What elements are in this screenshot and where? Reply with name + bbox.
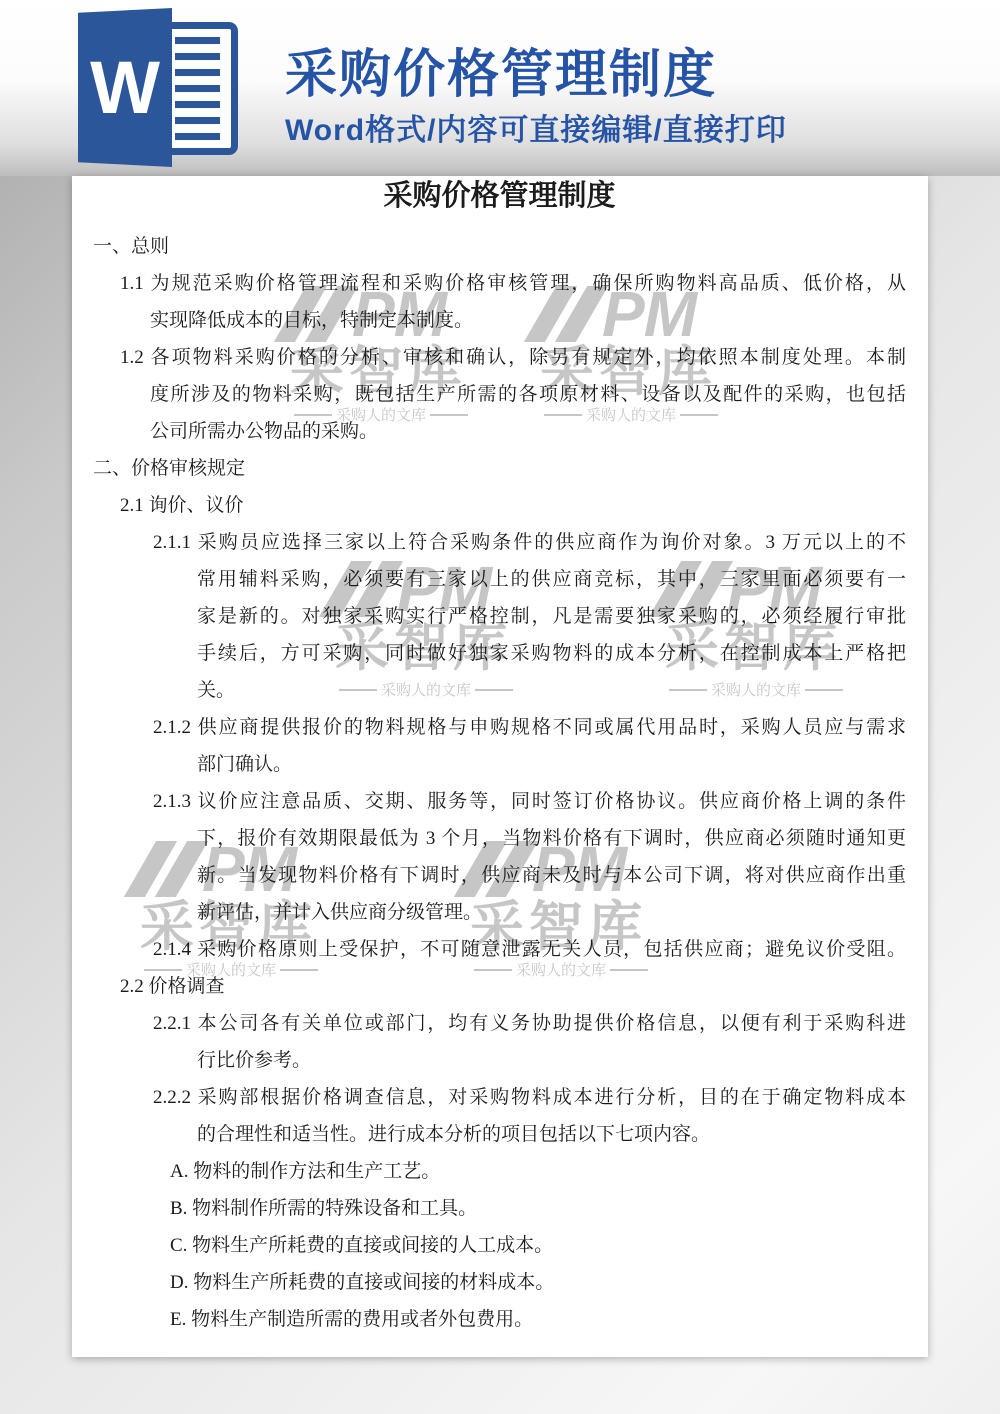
doc-line: 2.2.1 本公司各有关单位或部门，均有义务协助提供价格信息，以便有利于采购科进 (93, 1005, 906, 1042)
doc-line: 手续后，方可采购，同时做好独家采购物料的成本分析，在控制成本上严格把 (93, 635, 906, 672)
doc-line: D. 物料生产所耗费的直接或间接的材料成本。 (93, 1264, 906, 1301)
doc-line: 1.1 为规范采购价格管理流程和采购价格审核管理，确保所购物料高品质、低价格，从 (93, 265, 906, 302)
doc-line: 下，报价有效期限最低为 3 个月，当物料价格有下调时，供应商必须随时通知更 (93, 820, 906, 857)
doc-line: A. 物料的制作方法和生产工艺。 (93, 1153, 906, 1190)
doc-line: E. 物料生产制造所需的费用或者外包费用。 (93, 1301, 906, 1338)
doc-line: 新。当发现物料价格有下调时，供应商未及时与本公司下调，将对供应商作出重 (93, 857, 906, 894)
doc-line: 一、总则 (93, 228, 906, 265)
doc-line: 部门确认。 (93, 746, 906, 783)
doc-line: 新评估，并计入供应商分级管理。 (93, 894, 906, 931)
template-subtitle: Word格式/内容可直接编辑/直接打印 (285, 112, 787, 150)
template-preview: W 采购价格管理制度 Word格式/内容可直接编辑/直接打印 PM 采智库 采购… (0, 0, 1000, 1414)
doc-line: 2.2 价格调查 (93, 968, 906, 1005)
template-header: W 采购价格管理制度 Word格式/内容可直接编辑/直接打印 (0, 0, 1000, 176)
doc-line: 1.2 各项物料采购价格的分析、审核和确认，除另有规定外，均依照本制度处理。本制 (93, 339, 906, 376)
doc-line: 的合理性和适当性。进行成本分析的项目包括以下七项内容。 (93, 1116, 906, 1153)
document-title: 采购价格管理制度 (93, 178, 906, 214)
doc-line: 家是新的。对独家采购实行严格控制，凡是需要独家采购的，必须经履行审批 (93, 598, 906, 635)
doc-line: 公司所需办公物品的采购。 (93, 413, 906, 450)
doc-lines: 一、总则1.1 为规范采购价格管理流程和采购价格审核管理，确保所购物料高品质、低… (93, 228, 906, 1338)
word-icon: W (75, 8, 231, 166)
doc-line: 2.2.2 采购部根据价格调查信息，对采购物料成本进行分析，目的在于确定物料成本 (93, 1079, 906, 1116)
word-icon-slab: W (78, 8, 172, 167)
doc-line: 行比价参考。 (93, 1042, 906, 1079)
template-title: 采购价格管理制度 (285, 46, 717, 104)
doc-line: B. 物料制作所需的特殊设备和工具。 (93, 1190, 906, 1227)
doc-line: 2.1.2 供应商提供报价的物料规格与申购规格不同或属代用品时，采购人员应与需求 (93, 709, 906, 746)
word-icon-letter: W (90, 51, 160, 125)
doc-line: 2.1.1 采购员应选择三家以上符合采购条件的供应商作为询价对象。3 万元以上的… (93, 524, 906, 561)
doc-line: 2.1 询价、议价 (93, 487, 906, 524)
document-body: 采购价格管理制度 一、总则1.1 为规范采购价格管理流程和采购价格审核管理，确保… (72, 176, 928, 1338)
doc-line: 2.1.4 采购价格原则上受保护，不可随意泄露无关人员，包括供应商；避免议价受阻… (93, 931, 906, 968)
word-icon-stripes (175, 37, 220, 149)
document-page: PM 采智库 采购人的文库 PM 采智库 采购人的文库 PM 采智库 (72, 176, 928, 1357)
doc-line: 常用辅料采购，必须要有三家以上的供应商竞标，其中，三家里面必须要有一 (93, 561, 906, 598)
doc-line: 关。 (93, 672, 906, 709)
doc-line: C. 物料生产所耗费的直接或间接的人工成本。 (93, 1227, 906, 1264)
doc-line: 实现降低成本的目标，特制定本制度。 (93, 302, 906, 339)
doc-line: 二、价格审核规定 (93, 450, 906, 487)
doc-line: 2.1.3 议价应注意品质、交期、服务等，同时签订价格协议。供应商价格上调的条件 (93, 783, 906, 820)
doc-line: 度所涉及的物料采购，既包括生产所需的各项原材料、设备以及配件的采购，也包括 (93, 376, 906, 413)
